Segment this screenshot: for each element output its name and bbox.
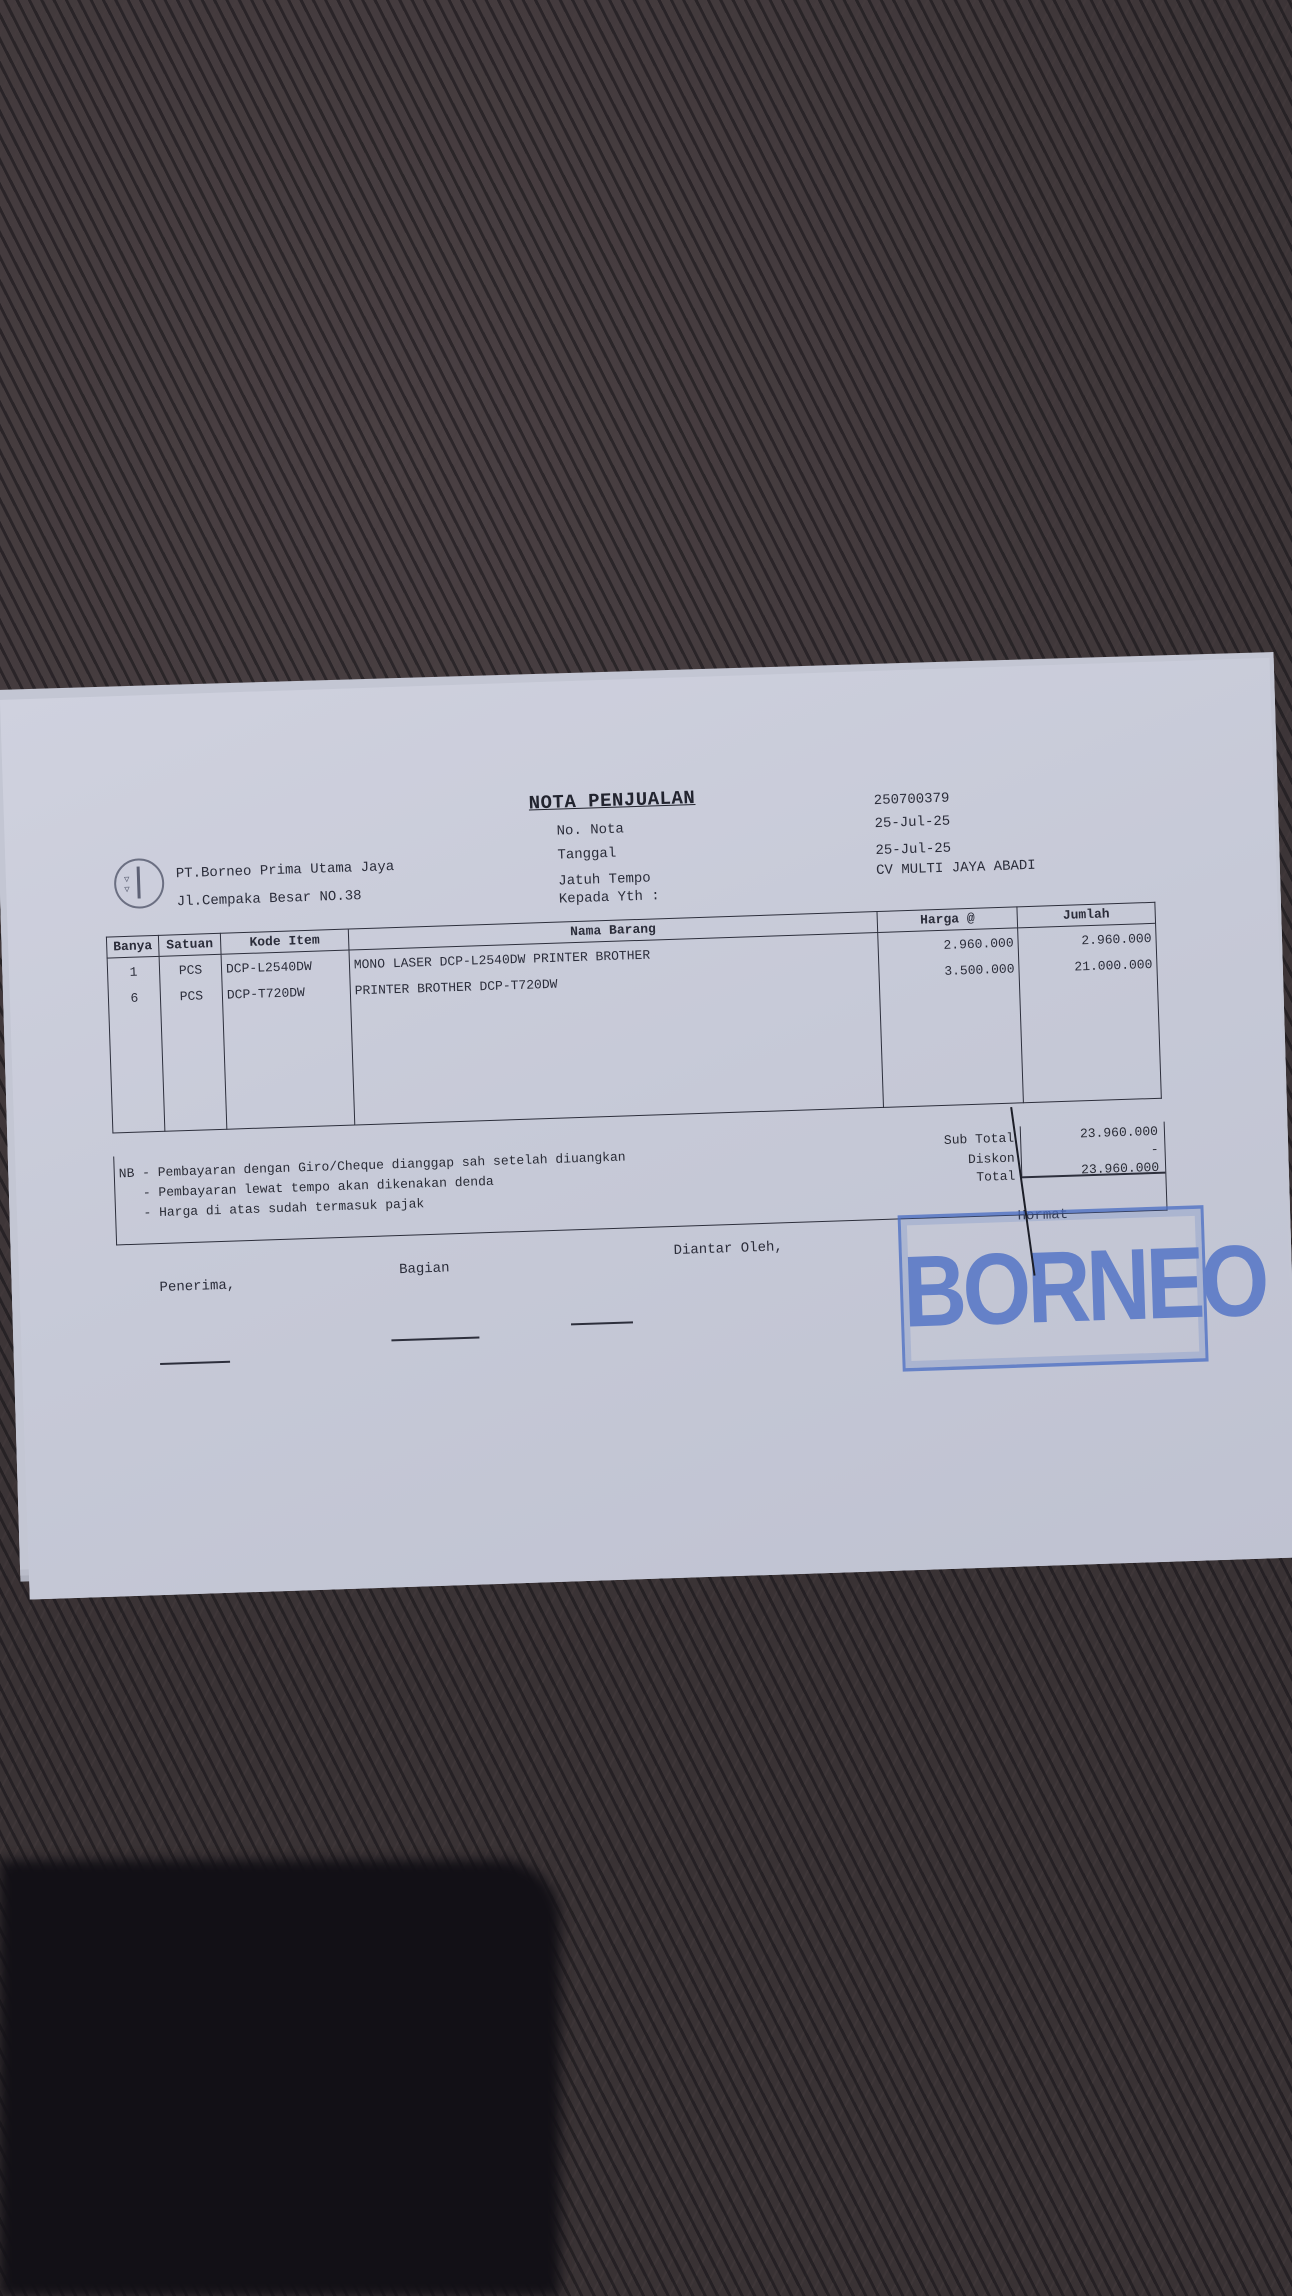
header-qty: Banya	[106, 935, 159, 958]
row-code: DCP-T720DW	[226, 979, 346, 1009]
company-address: Jl.Cempaka Besar NO.38	[177, 888, 362, 910]
no-nota-label: No. Nota	[556, 821, 624, 839]
subtotal-value: 23.960.000	[1080, 1124, 1158, 1142]
kepada-value: CV MULTI JAYA ABADI	[876, 858, 1036, 879]
row-qty: 1	[112, 959, 156, 986]
signature-line	[571, 1321, 633, 1325]
company-name: PT.Borneo Prima Utama Jaya	[176, 859, 395, 882]
subtotal-label: Sub Total	[944, 1131, 1015, 1148]
table-row: 1 6 PCS PCS DCP-L2540DW DCP-T720DW MONO …	[107, 923, 1161, 1133]
jatuh-tempo-value: 25-Jul-25	[875, 841, 951, 859]
tanggal-value: 25-Jul-25	[874, 814, 950, 832]
jatuh-tempo-label: Jatuh Tempo	[558, 871, 651, 890]
company-logo-icon	[113, 858, 165, 910]
signature-line	[391, 1336, 479, 1340]
tanggal-label: Tanggal	[557, 846, 616, 864]
no-nota-value: 250700379	[874, 791, 950, 809]
signature-diantar: Diantar Oleh,	[673, 1239, 783, 1259]
row-qty: 6	[113, 985, 157, 1012]
row-unit: PCS	[164, 957, 218, 985]
notes: NB - Pembayaran dengan Giro/Cheque diang…	[118, 1148, 627, 1225]
document-title: NOTA PENJUALAN	[528, 787, 695, 815]
company-stamp: BORNEO	[898, 1205, 1209, 1371]
signature-penerima: Penerima,	[159, 1278, 235, 1296]
kepada-label: Kepada Yth :	[559, 888, 660, 907]
signature-line	[160, 1361, 230, 1365]
invoice-paper: NOTA PENJUALAN PT.Borneo Prima Utama Jay…	[0, 658, 1292, 1600]
discount-label: Diskon	[968, 1151, 1015, 1168]
header-unit: Satuan	[158, 933, 221, 956]
total-label: Total	[976, 1169, 1015, 1185]
hand-shadow	[0, 1860, 560, 2296]
signature-bagian: Bagian	[399, 1260, 450, 1278]
row-price: 3.500.000	[883, 957, 1015, 987]
items-table: Banya Satuan Kode Item Nama Barang Harga…	[106, 902, 1162, 1134]
row-code: DCP-L2540DW	[226, 953, 346, 983]
row-amount: 21.000.000	[1023, 952, 1153, 982]
total-value: 23.960.000	[1081, 1160, 1159, 1178]
row-unit: PCS	[165, 983, 219, 1011]
discount-value: -	[1150, 1142, 1158, 1157]
